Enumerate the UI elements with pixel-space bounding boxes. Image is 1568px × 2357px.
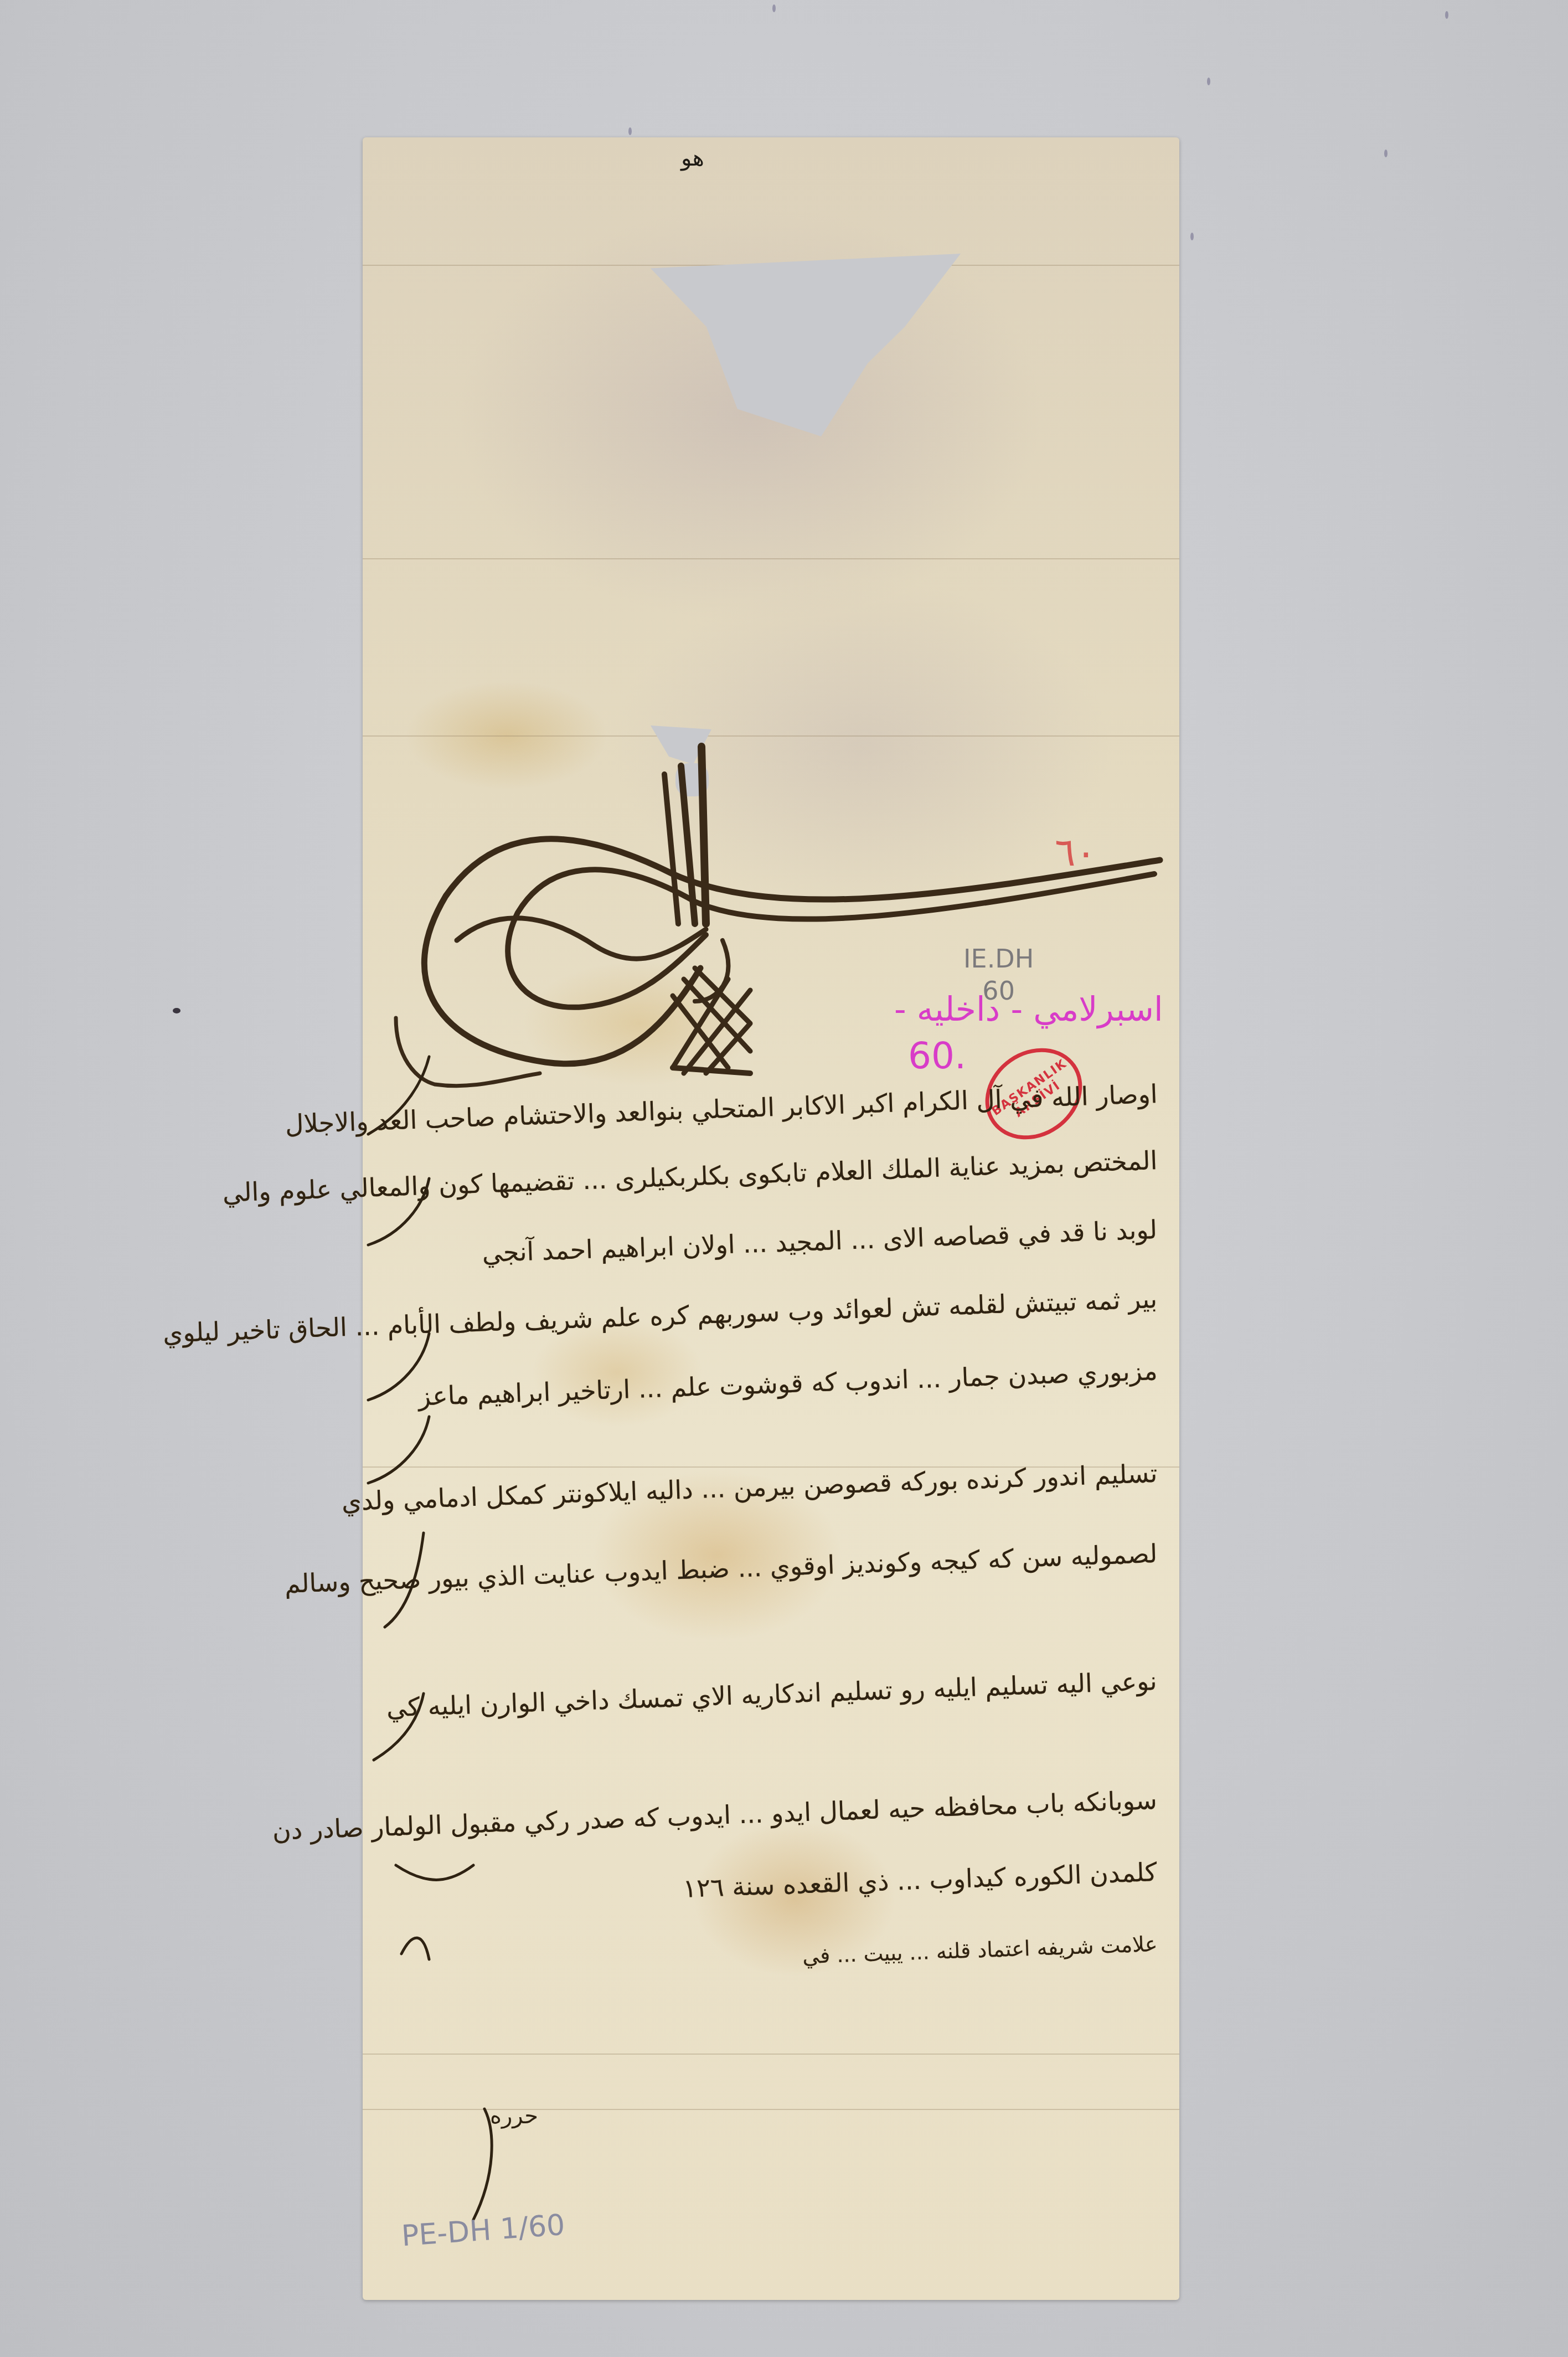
archive-shelfmark: PE-DH 1/60 — [400, 2209, 566, 2253]
text-line: كلمدن الكوره كيداوب ... ذي القعده سنة ١٢… — [683, 1857, 1158, 1903]
tear-hole — [651, 254, 961, 436]
tear-hole — [675, 763, 709, 796]
dust-speck — [1384, 150, 1388, 157]
text-line: المختص بمزيد عناية الملك العلام تابكوى ب… — [222, 1145, 1158, 1208]
invocation-text: هو — [681, 146, 704, 171]
fold-crease — [363, 735, 1179, 737]
fold-crease — [363, 2109, 1179, 2110]
dust-speck — [1190, 233, 1194, 240]
dust-speck — [173, 1008, 180, 1013]
red-folio-numeral: ٦٠ — [1055, 830, 1096, 875]
text-line: لصموليه سن كه كيجه وكونديز اوقوي ... ضبط… — [284, 1538, 1158, 1599]
document-sheet: هو ٦٠ IE.DH 60 اسبرلامي - داخليه - 6 — [363, 137, 1179, 2300]
scribe-signature: حرره — [490, 2103, 538, 2129]
magenta-number: 60. — [908, 1035, 966, 1077]
fold-crease — [363, 2054, 1179, 2055]
text-line: بير ثمه تبيتش لقلمه تش لعوائد وب سوربهم … — [162, 1284, 1158, 1349]
dust-speck — [628, 127, 632, 135]
text-line: علامت شريفه اعتماد قلنه ... يبيت ... في — [802, 1932, 1158, 1968]
pencil-catalogue-line1: IE.DH — [963, 943, 1034, 975]
text-line: لوبد نا قد في قصاصه الاى ... المجيد ... … — [482, 1214, 1158, 1268]
magenta-classification-note: اسبرلامي - داخليه - — [894, 990, 1163, 1029]
text-line: مزبوري صبدن جمار ... اندوب كه قوشوت علم … — [417, 1356, 1158, 1412]
text-line: سوبانكه باب محافظه حيه لعمال ايدو ... اي… — [272, 1785, 1158, 1846]
dust-speck — [1445, 11, 1448, 19]
tear-hole — [651, 725, 711, 764]
dust-speck — [1207, 78, 1210, 85]
text-line: نوعي اليه تسليم ايليه رو تسليم اندكاريه … — [386, 1666, 1158, 1723]
dust-speck — [772, 4, 776, 12]
fold-crease — [363, 558, 1179, 559]
